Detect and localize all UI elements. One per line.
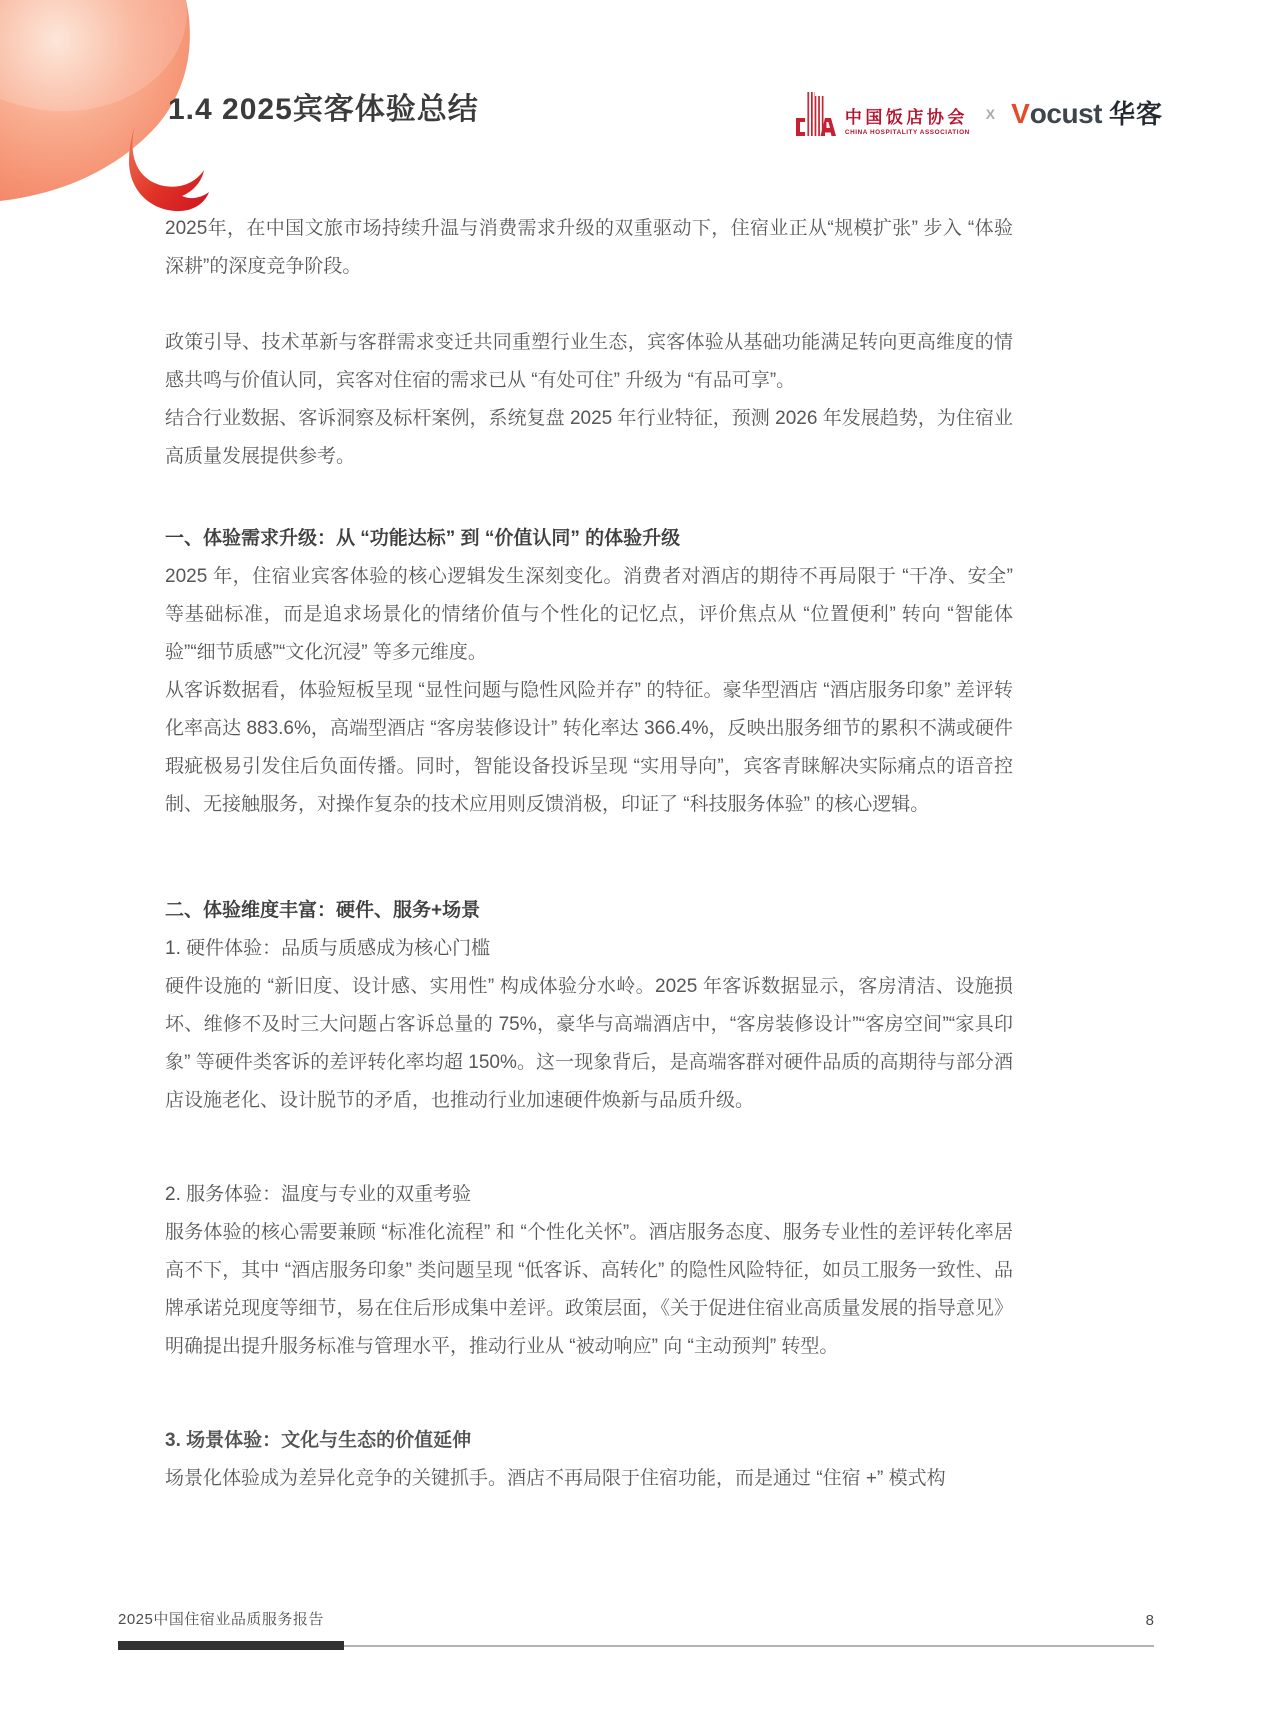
logo-separator: X <box>986 106 995 122</box>
page-header: 1.4 2025宾客体验总结 中国饭店协会 CHINA HOSPI <box>0 84 1275 154</box>
paragraph-service: 服务体验的核心需要兼顾 “标准化流程” 和 “个性化关怀”。酒店服务态度、服务专… <box>165 1214 1013 1366</box>
paragraph-scene: 场景化体验成为差异化竞争的关键抓手。酒店不再局限于住宿功能，而是通过 “住宿 +… <box>165 1460 1013 1498</box>
section-heading-1: 一、体验需求升级：从 “功能达标” 到 “价值认同” 的体验升级 <box>165 520 1013 558</box>
vocust-cn-name: 华客 <box>1109 101 1163 127</box>
footer-rule-dark-segment <box>118 1641 344 1650</box>
cha-name-en: CHINA HOSPITALITY ASSOCIATION <box>845 130 970 136</box>
subsection-heading-service: 2. 服务体验：温度与专业的双重考验 <box>165 1176 1013 1214</box>
page-title: 1.4 2025宾客体验总结 <box>168 84 479 128</box>
subsection-heading-scene: 3. 场景体验：文化与生态的价值延伸 <box>165 1422 1013 1460</box>
cha-building-icon <box>793 90 837 138</box>
section-heading-2: 二、体验维度丰富：硬件、服务+场景 <box>165 892 1013 930</box>
report-page: 1.4 2025宾客体验总结 中国饭店协会 CHINA HOSPI <box>0 0 1275 1719</box>
subsection-heading-hardware: 1. 硬件体验：品质与质感成为核心门槛 <box>165 930 1013 968</box>
report-body: 2025年，在中国文旅市场持续升温与消费需求升级的双重驱动下，住宿业正从“规模扩… <box>165 210 1013 1498</box>
paragraph-hardware: 硬件设施的 “新旧度、设计感、实用性” 构成体验分水岭。2025 年客诉数据显示… <box>165 968 1013 1120</box>
paragraph-drivers: 政策引导、技术革新与客群需求变迁共同重塑行业生态，宾客体验从基础功能满足转向更高… <box>165 324 1013 400</box>
vocust-wordmark: ocust <box>1030 100 1102 128</box>
vocust-logo: V ocust 华客 <box>1011 100 1163 128</box>
cha-logo: 中国饭店协会 CHINA HOSPITALITY ASSOCIATION <box>793 90 970 138</box>
paragraph-demand-upgrade: 2025 年，住宿业宾客体验的核心逻辑发生深刻变化。消费者对酒店的期待不再局限于… <box>165 558 1013 672</box>
footer-report-name: 2025中国住宿业品质服务报告 <box>118 1608 324 1629</box>
brand-logos: 中国饭店协会 CHINA HOSPITALITY ASSOCIATION X V… <box>793 90 1163 138</box>
paragraph-complaint-data: 从客诉数据看，体验短板呈现 “显性问题与隐性风险并存” 的特征。豪华型酒店 “酒… <box>165 672 1013 824</box>
vocust-initial: V <box>1011 100 1030 128</box>
cha-logo-text: 中国饭店协会 CHINA HOSPITALITY ASSOCIATION <box>845 109 970 138</box>
paragraph-method: 结合行业数据、客诉洞察及标杆案例，系统复盘 2025 年行业特征，预测 2026… <box>165 400 1013 476</box>
footer-rule-thin-segment <box>344 1645 1154 1647</box>
footer-page-number: 8 <box>1128 1612 1154 1629</box>
footer-rule <box>118 1641 1154 1650</box>
cha-name-cn: 中国饭店协会 <box>845 109 970 126</box>
paragraph-intro: 2025年，在中国文旅市场持续升温与消费需求升级的双重驱动下，住宿业正从“规模扩… <box>165 210 1013 286</box>
